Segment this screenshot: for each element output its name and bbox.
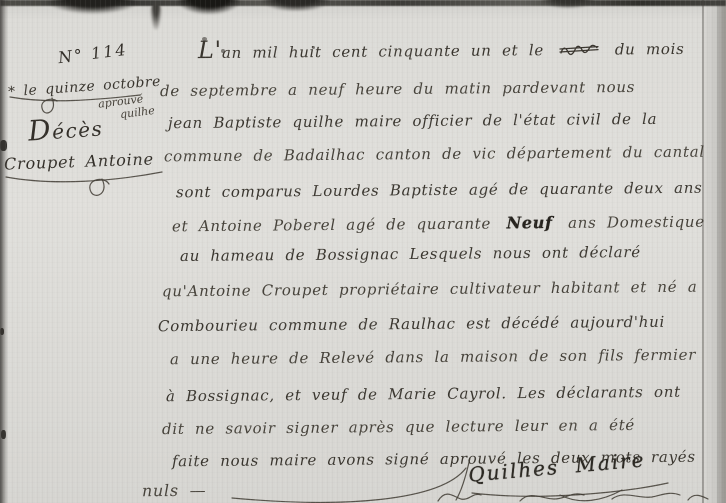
page-fold-line [702, 0, 704, 503]
act-line-9: Combourieu commune de Raulhac est décédé… [158, 313, 665, 335]
line1-text-post: du mois [615, 40, 685, 59]
left-edge-mark [0, 140, 7, 151]
act-line-8: qu'Antoine Croupet propriétaire cultivat… [162, 278, 698, 301]
deceased-name: Croupet Antoine [4, 149, 154, 173]
act-line-4: commune de Badailhac canton de vic dépar… [164, 143, 705, 166]
line6-overwritten-word: Neuf [506, 213, 552, 232]
page-fold-highlight [704, 0, 717, 503]
name-underline-flourish [6, 172, 162, 195]
renvoi-mark: * [8, 84, 17, 100]
act-line-10: a une heure de Relevé dans la maison de … [170, 346, 696, 369]
act-line-12: dit ne savoir signer après que lecture l… [162, 416, 635, 438]
act-line-11: à Bossignac, et veuf de Marie Cayrol. Le… [166, 383, 681, 405]
act-line-14: nuls — [142, 481, 206, 501]
act-line-3: jean Baptiste quilhe maire officier de l… [168, 110, 657, 132]
ink-stain [44, 0, 142, 14]
line6-text-post: ans Domestique [568, 213, 705, 232]
act-line-5: sont comparus Lourdes Baptiste agé de qu… [176, 179, 703, 202]
page-right-edge-shadow [717, 0, 726, 503]
act-line-6: et Antoine Poberel agé de quarante Neuf … [172, 212, 705, 236]
line1-text-pre: L'an mil huit cent cinquante un et le [198, 41, 544, 62]
scan-left-edge [0, 0, 8, 503]
act-type-text: Décès [27, 109, 104, 147]
struck-word-scribble [559, 43, 599, 61]
act-type-label: Décès [27, 109, 104, 147]
ink-stain [540, 0, 596, 8]
ink-stain [260, 0, 332, 11]
left-edge-mark [0, 328, 4, 335]
approval-initials: quilhe [119, 104, 155, 121]
ink-stain [176, 0, 242, 14]
act-line-1: L'an mil huit cent cinquante un et le du… [198, 40, 685, 64]
line6-text-pre: et Antoine Poberel agé de quarante [172, 215, 491, 236]
act-line-2: de septembre a neuf heure du matin parde… [160, 78, 635, 100]
left-edge-mark [1, 430, 6, 439]
act-line-7: au hameau de Bossignac Lesquels nous ont… [180, 243, 641, 265]
scanned-death-register-page: N° 114 * le quinze octobre aprouvé quilh… [0, 0, 726, 503]
ink-stain-drip [150, 2, 162, 30]
bottom-cutoff-strokes [438, 493, 708, 501]
record-number: N° 114 [57, 40, 128, 67]
